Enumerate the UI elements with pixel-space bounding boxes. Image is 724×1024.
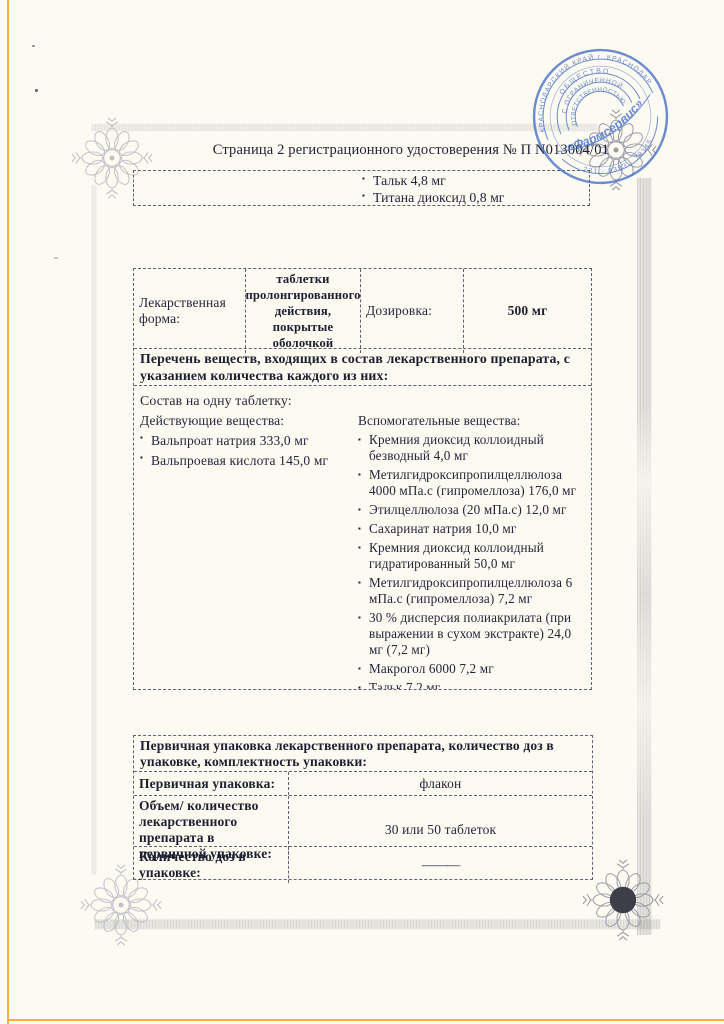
active-substances-title: Действующие вещества:	[140, 411, 358, 430]
frame-band-left	[92, 185, 96, 875]
frame-band-top	[92, 124, 597, 131]
table-row: Первичная упаковка: флакон	[134, 772, 592, 796]
list-item: ▪Кремния диоксид коллоидный безводный 4,…	[358, 432, 585, 464]
excipients-column: Вспомогательные вещества: ▪Кремния диокс…	[358, 411, 585, 689]
dosage-form-row: Лекарственная форма: таблетки пролонгиро…	[134, 269, 591, 349]
list-item: ▪Сахаринат натрия 10,0 мг	[358, 521, 585, 537]
excipients-continuation-box: ▪Тальк 4,8 мг ▪Титана диоксид 0,8 мг	[133, 170, 590, 206]
substances-note: Перечень веществ, входящих в состав лека…	[134, 349, 591, 386]
svg-text:КРАСНОДАРСКИЙ КРАЙ г. КРАСНОД: КРАСНОДАРСКИЙ КРАЙ г. КРАСНОДАР	[524, 40, 653, 134]
form-value-cell: таблетки пролонгированного действия, пок…	[246, 269, 361, 353]
bullet-icon: ▪	[358, 543, 361, 553]
dosage-label-cell: Дозировка:	[361, 269, 464, 353]
active-substances-column: Действующие вещества: ▪Вальпроат натрия …	[140, 411, 358, 689]
bullet-icon: ▪	[358, 470, 361, 480]
bullet-icon: ▪	[362, 191, 365, 201]
list-item: ▪30 % дисперсия полиакрилата (при выраже…	[358, 610, 585, 658]
excipients-list: ▪Кремния диоксид коллоидный безводный 4,…	[358, 432, 585, 689]
paper-edge-line-left	[7, 0, 9, 1024]
primary-package-label: Первичная упаковка:	[134, 772, 289, 795]
bullet-icon: ▪	[358, 664, 361, 674]
bullet-icon: ▪	[358, 578, 361, 588]
list-item: ▪Метилгидроксипропилцеллюлоза 4000 мПа.с…	[358, 467, 585, 499]
frame-band-right	[637, 178, 652, 935]
company-stamp: КРАСНОДАРСКИЙ КРАЙ г. КРАСНОДАР ОБЩЕСТВО…	[524, 40, 677, 193]
packaging-table: Первичная упаковка лекарственного препар…	[133, 735, 593, 880]
active-substances-list: ▪Вальпроат натрия 333,0 мг ▪Вальпроевая …	[140, 431, 358, 470]
scan-speck	[32, 45, 35, 47]
list-item: ▪Макрогол 6000 7,2 мг	[358, 661, 585, 677]
bullet-icon: ▪	[358, 524, 361, 534]
dosage-value-cell: 500 мг	[464, 269, 591, 353]
bullet-icon: ▪	[358, 613, 361, 623]
paper-edge-line-bottom	[7, 1019, 724, 1021]
composition-title: Состав на одну таблетку:	[140, 391, 585, 410]
dosage-form-table: Лекарственная форма: таблетки пролонгиро…	[133, 268, 592, 690]
list-item: ▪Метилгидроксипропилцеллюлоза 6 мПа.с (г…	[358, 575, 585, 607]
list-item: ▪Вальпроат натрия 333,0 мг	[140, 431, 358, 450]
bullet-icon: ▪	[140, 453, 143, 463]
table-row: Объем/ количество лекарственного препара…	[134, 796, 592, 847]
doses-count-label: Количество доз в упаковке:	[134, 847, 289, 883]
bullet-icon: ▪	[358, 505, 361, 515]
frame-band-bottom	[95, 919, 660, 929]
form-label-cell: Лекарственная форма:	[134, 269, 246, 353]
list-item: ▪Кремния диоксид коллоидный гидратирован…	[358, 540, 585, 572]
primary-package-value: флакон	[289, 772, 592, 795]
bullet-icon: ▪	[358, 683, 361, 689]
list-item: ▪Тальк 7,2 мг	[358, 680, 585, 689]
table-row: Количество доз в упаковке: ———	[134, 847, 592, 879]
list-item: ▪Вальпроевая кислота 145,0 мг	[140, 451, 358, 470]
bullet-icon: ▪	[358, 435, 361, 445]
doses-count-value: ———	[289, 847, 592, 883]
bullet-icon: ▪	[362, 174, 365, 184]
stamp-region-text: КРАСНОДАРСКИЙ КРАЙ г. КРАСНОДАР	[524, 40, 653, 134]
scan-speck	[54, 257, 58, 259]
bullet-icon: ▪	[140, 433, 143, 443]
excipients-title: Вспомогательные вещества:	[358, 411, 585, 430]
scan-speck	[35, 89, 38, 92]
packaging-header: Первичная упаковка лекарственного препар…	[134, 736, 592, 772]
list-item: ▪Этилцеллюлоза (20 мПа.с) 12,0 мг	[358, 502, 585, 518]
composition-section: Состав на одну таблетку: Действующие вещ…	[134, 386, 591, 689]
